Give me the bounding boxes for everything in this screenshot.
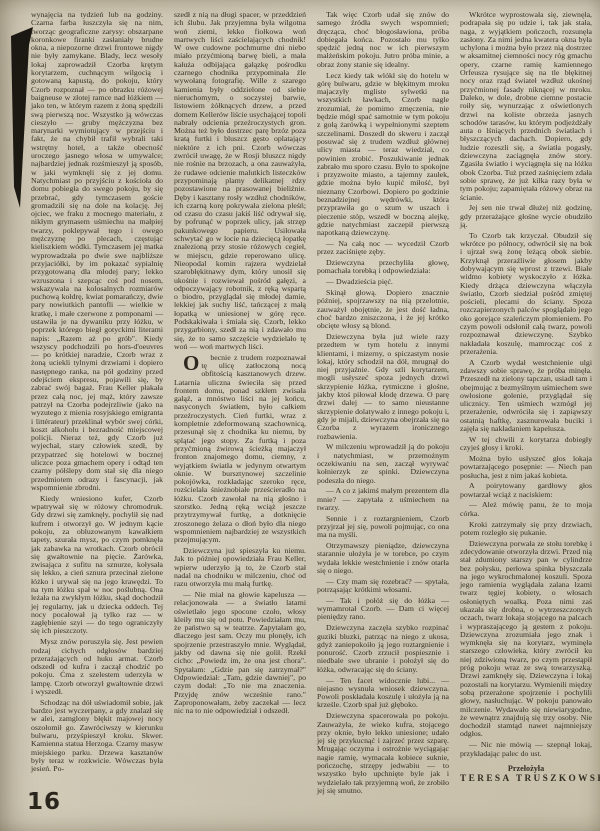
- paragraph: Jej sen nie trwał dłużej niż godzinę, gd…: [460, 204, 592, 229]
- drop-cap-letter: O: [174, 354, 201, 372]
- paragraph: Otrzymawszy pieniądze, dziewczyna staran…: [317, 542, 449, 575]
- paragraph: Wkrótce wyprostowała się, ziewnęła, podr…: [460, 11, 592, 202]
- paragraph: — Nic nie mówią — szepnął lokaj, przykła…: [460, 741, 592, 758]
- magazine-page: wynajęcia na tydzień lub na godziny. Cza…: [0, 0, 600, 831]
- paragraph: Sennie i z roztargnieniem, Czorb przyjrz…: [317, 515, 449, 540]
- text-column-4: Wkrótce wyprostowała się, ziewnęła, podr…: [460, 11, 592, 798]
- paragraph: — Ależ mówię panu, że to moja córka.: [460, 501, 592, 518]
- paragraph: Lecz kiedy tak wlókł się do hotelu w gór…: [317, 72, 449, 238]
- paragraph: — A co z jakimś małym prezentem dla mnie…: [317, 487, 449, 512]
- paragraph: Dziewczyna już spieszyła ku niemu. Jak t…: [174, 547, 306, 588]
- paragraph: Dziewczyna była już wiele razy przedtem …: [317, 333, 449, 441]
- paragraph: — Dwadzieścia pięć.: [317, 278, 449, 286]
- paragraph: — Ten facet widocznie lubi... — niejasno…: [317, 677, 449, 710]
- paragraph: Schodząc na dół uświadomił sobie, jak ba…: [31, 699, 163, 774]
- paragraph: W tej chwili z korytarza dobiegły czyjeś…: [460, 436, 592, 453]
- paragraph: — Tak i połóż się do łóżka — wymamrotał …: [317, 597, 449, 622]
- paragraph: Kroki zatrzymały się przy drzwiach, pote…: [460, 521, 592, 538]
- text-column-2: szedł z nią na długi spacer, w przeddzie…: [174, 11, 306, 798]
- paragraph: Skinął głową. Dopiero znacznie później, …: [317, 289, 449, 330]
- translator-name: TERESA TRUSZKOWSKA: [460, 775, 592, 783]
- paragraph: Dziewczyna przechyliła głowę, pomachała …: [317, 259, 449, 276]
- paragraph: Kiedy wniesiono kufer, Czorb wpatrywał s…: [31, 495, 163, 636]
- paragraph: A poirytowany gardłowy głos powtarzał wc…: [460, 482, 592, 499]
- paragraph: — Czy mam się rozebrać? — spytała, potrz…: [317, 578, 449, 595]
- paragraph: wynajęcia na tydzień lub na godziny. Cza…: [31, 11, 163, 492]
- paragraph: A Czorb wydał westchnienie ulgi zdawszy …: [460, 359, 592, 434]
- paragraph: Obecnie z trudem rozpoznawał tę ulicę za…: [174, 354, 306, 545]
- paragraph: — Nie miał na głowie kapelusza — relacjo…: [174, 591, 306, 715]
- paragraph: szedł z nią na długi spacer, w przeddzie…: [174, 11, 306, 351]
- text-columns: wynajęcia na tydzień lub na godziny. Cza…: [31, 11, 592, 798]
- paragraph: Dziewczyna spacerowała po pokoju. Zauważ…: [317, 712, 449, 795]
- paragraph: — Na całą noc — wycedził Czorb przez zac…: [317, 240, 449, 257]
- paragraph: Można było usłyszeć głos lokaja powtarza…: [460, 455, 592, 480]
- paragraph: To Czorb tak krzyczał. Obudził się wkrót…: [460, 232, 592, 356]
- paragraph: Tak więc Czorb udał się znów do samego ź…: [317, 11, 449, 69]
- paragraph: Dziewczyna zaczęła szybko rozpinać guzik…: [317, 624, 449, 674]
- text-column-3: Tak więc Czorb udał się znów do samego ź…: [317, 11, 449, 798]
- paragraph: W milczeniu wprowadził ją do pokoju i na…: [317, 443, 449, 484]
- page-number: 16: [27, 789, 61, 815]
- text-column-1: wynajęcia na tydzień lub na godziny. Cza…: [31, 11, 163, 798]
- paragraph: Mysz znów poruszyła się. Jest pewien rod…: [31, 638, 163, 696]
- translator-credit-label: Przełożyła: [460, 765, 592, 773]
- paragraph: Dziewczyna porwała ze stołu torebkę i zd…: [460, 540, 592, 739]
